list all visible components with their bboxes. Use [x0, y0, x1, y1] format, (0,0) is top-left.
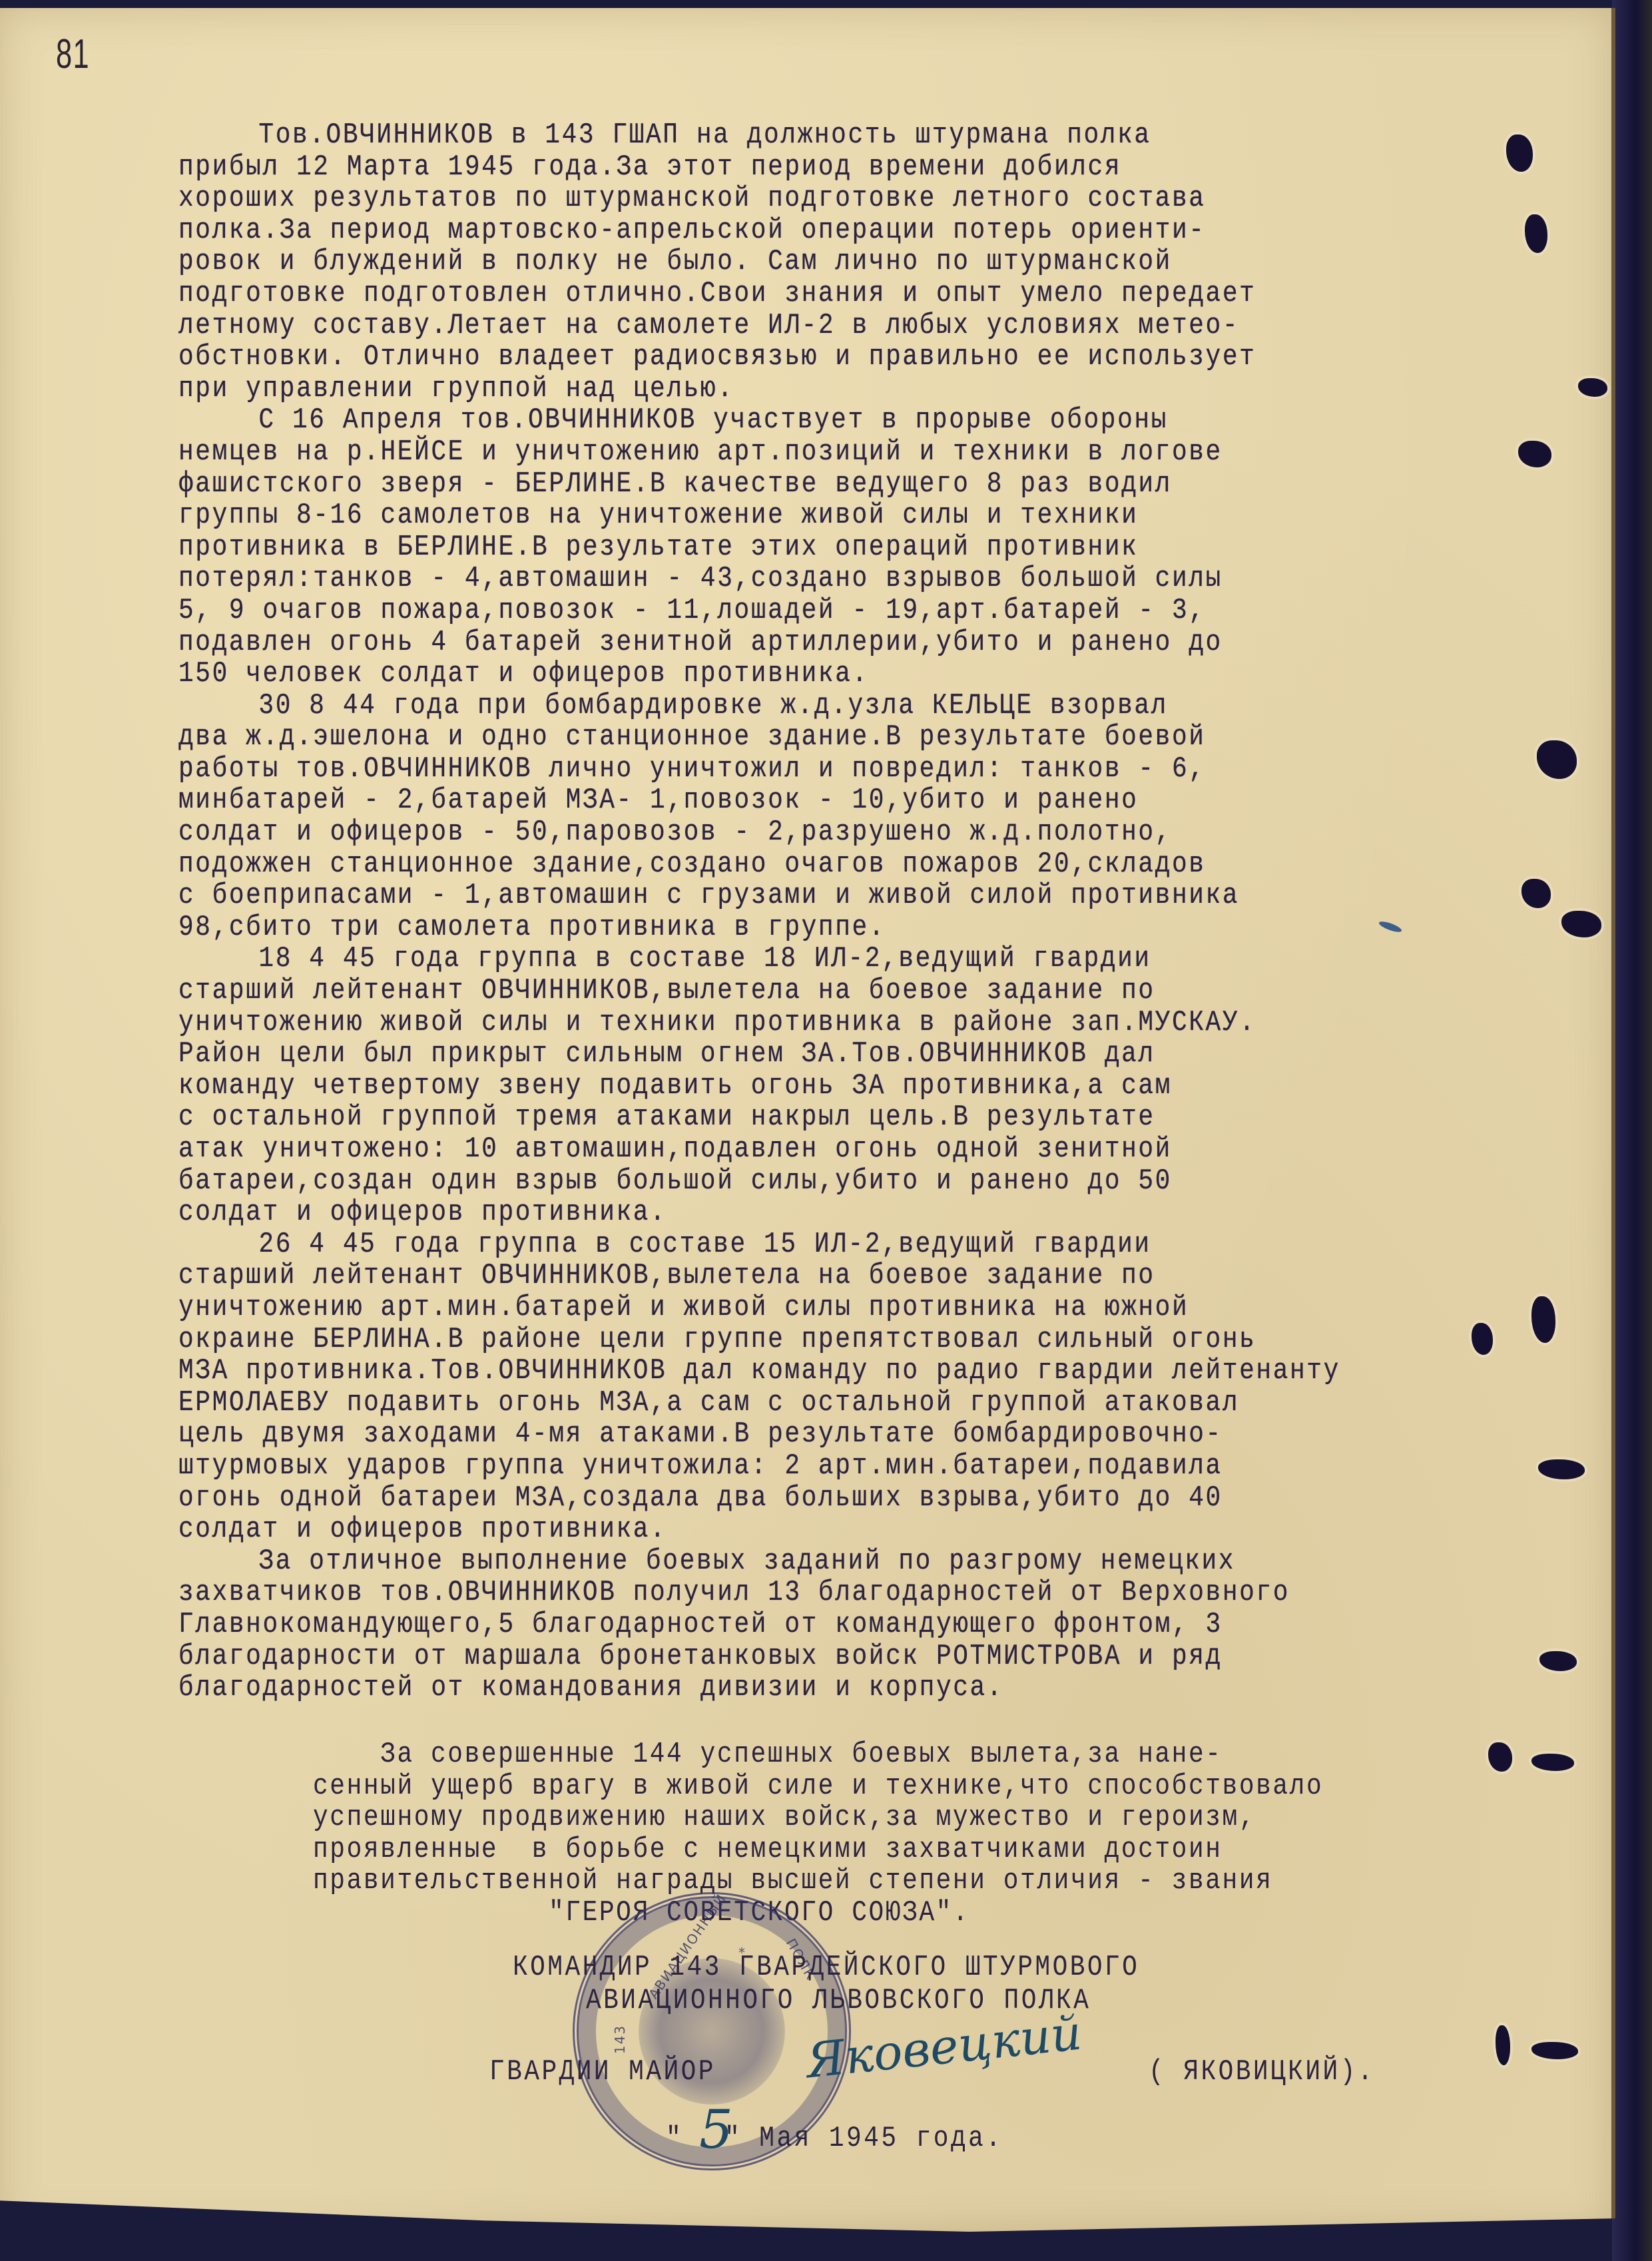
- conclusion-line: За совершенные 144 успешных боевых вылет…: [313, 1739, 1458, 1771]
- citation-line: солдат и офицеров противника.: [178, 1197, 1416, 1229]
- citation-line: уничтожению арт.мин.батарей и живой силы…: [178, 1292, 1416, 1324]
- citation-line: хороших результатов по штурманской подго…: [178, 183, 1416, 215]
- citation-line: минбатарей - 2,батарей МЗА- 1,повозок - …: [178, 785, 1416, 817]
- citation-line: 150 человек солдат и офицеров противника…: [178, 658, 1416, 690]
- citation-line: Главнокомандующего,5 благодарностей от к…: [178, 1609, 1416, 1641]
- citation-line: ЕРМОЛАЕВУ подавить огонь МЗА,а сам с ост…: [178, 1387, 1416, 1419]
- citation-line: 26 4 45 года группа в составе 15 ИЛ-2,ве…: [178, 1229, 1416, 1261]
- citation-line: 5, 9 очагов пожара,повозок - 11,лошадей …: [178, 595, 1416, 627]
- punch-hole: [1472, 1323, 1493, 1355]
- citation-line: ровок и блуждений в полку не было. Сам л…: [178, 246, 1416, 278]
- document-page: 81 Тов.ОВЧИННИКОВ в 143 ГШАП на должност…: [0, 8, 1615, 2232]
- citation-line: потерял:танков - 4,автомашин - 43,создан…: [178, 563, 1416, 595]
- citation-line: работы тов.ОВЧИННИКОВ лично уничтожил и …: [178, 754, 1416, 786]
- conclusion-line: правительственной награды высшей степени…: [313, 1866, 1458, 1897]
- citation-line: с боеприпасами - 1,автомашин с грузами и…: [178, 880, 1416, 912]
- citation-line: 98,сбито три самолета противника в групп…: [178, 912, 1416, 944]
- citation-line: подавлен огонь 4 батарей зенитной артилл…: [178, 627, 1416, 659]
- citation-line: За отличное выполнение боевых заданий по…: [178, 1546, 1416, 1578]
- citation-body: Тов.ОВЧИННИКОВ в 143 ГШАП на должность ш…: [178, 120, 1416, 1704]
- citation-line: Тов.ОВЧИННИКОВ в 143 ГШАП на должность ш…: [178, 120, 1416, 152]
- citation-line: при управлении группой над целью.: [178, 374, 1416, 405]
- citation-line: фашистского зверя - БЕРЛИНЕ.В качестве в…: [178, 469, 1416, 501]
- citation-line: старший лейтенант ОВЧИННИКОВ,вылетела на…: [178, 975, 1416, 1007]
- date-month-year: " Мая 1945 года.: [724, 2122, 1003, 2155]
- stamp-number: 143: [612, 2025, 628, 2054]
- conclusion-line: успешному продвижению наших войск,за муж…: [313, 1802, 1458, 1834]
- citation-line: полка.За период мартовско-апрельской опе…: [178, 215, 1416, 247]
- date-open-quote: ": [666, 2122, 683, 2155]
- punch-hole: [1538, 1459, 1585, 1479]
- citation-line: огонь одной батареи МЗА,создала два боль…: [178, 1483, 1416, 1515]
- commander-name: ( ЯКОВИЦКИЙ).: [1149, 2055, 1375, 2089]
- citation-line: захватчиков тов.ОВЧИННИКОВ получил 13 бл…: [178, 1577, 1416, 1609]
- commander-title-line1: КОМАНДИР 143 ГВАРДЕЙСКОГО ШТУРМОВОГО: [513, 1951, 1139, 1984]
- punch-hole: [1521, 879, 1551, 908]
- citation-line: подожжен станционное здание,создано очаг…: [178, 849, 1416, 881]
- citation-line: старший лейтенант ОВЧИННИКОВ,вылетела на…: [178, 1260, 1416, 1292]
- commander-rank: ГВАРДИИ МАЙОР: [489, 2055, 716, 2089]
- citation-line: благодарности от маршала бронетанковых в…: [178, 1641, 1416, 1673]
- conclusion-line: проявленные в борьбе с немецкими захватч…: [313, 1834, 1458, 1866]
- scanner-background-right: [1612, 0, 1652, 2261]
- punch-hole: [1531, 1296, 1555, 1343]
- citation-line: солдат и офицеров - 50,паровозов - 2,раз…: [178, 817, 1416, 849]
- punch-hole: [1539, 1651, 1577, 1671]
- punch-hole: [1518, 441, 1551, 467]
- citation-line: благодарностей от командования дивизии и…: [178, 1672, 1416, 1704]
- citation-line: прибыл 12 Марта 1945 года.За этот период…: [178, 152, 1416, 184]
- citation-line: 30 8 44 года при бомбардировке ж.д.узла …: [178, 690, 1416, 722]
- punch-hole: [1506, 134, 1533, 172]
- citation-line: 18 4 45 года группа в составе 18 ИЛ-2,ве…: [178, 943, 1416, 975]
- citation-line: летному составу.Летает на самолете ИЛ-2 …: [178, 310, 1416, 342]
- punch-hole: [1531, 1754, 1574, 1771]
- citation-line: штурмовых ударов группа уничтожила: 2 ар…: [178, 1451, 1416, 1483]
- citation-line: цель двумя заходами 4-мя атаками.В резул…: [178, 1419, 1416, 1451]
- citation-line: солдат и офицеров противника.: [178, 1514, 1416, 1546]
- page-number: 81: [56, 31, 90, 78]
- citation-line: МЗА противника.Тов.ОВЧИННИКОВ дал команд…: [178, 1356, 1416, 1387]
- citation-line: немцев на р.НЕЙСЕ и уничтожению арт.пози…: [178, 437, 1416, 469]
- citation-line: атак уничтожено: 10 автомашин,подавлен о…: [178, 1134, 1416, 1166]
- citation-line: окраине БЕРЛИНА.В районе цели группе пре…: [178, 1324, 1416, 1356]
- citation-line: два ж.д.эшелона и одно станционное здани…: [178, 722, 1416, 754]
- citation-line: команду четвертому звену подавить огонь …: [178, 1071, 1416, 1103]
- citation-line: группы 8-16 самолетов на уничтожение жив…: [178, 500, 1416, 532]
- punch-hole: [1488, 1742, 1512, 1772]
- punch-hole: [1496, 2025, 1510, 2065]
- citation-line: противника в БЕРЛИНЕ.В результате этих о…: [178, 532, 1416, 564]
- punch-hole: [1537, 740, 1577, 779]
- citation-line: обстновки. Отлично владеет радиосвязью и…: [178, 342, 1416, 374]
- conclusion-line: "ГЕРОЯ СОВЕТСКОГО СОЮЗА".: [313, 1897, 1458, 1929]
- punch-hole: [1561, 911, 1601, 937]
- citation-line: с остальной группой тремя атаками накрыл…: [178, 1102, 1416, 1134]
- citation-line: уничтожению живой силы и техники противн…: [178, 1007, 1416, 1039]
- punch-hole: [1531, 2042, 1578, 2059]
- citation-line: батареи,создан один взрыв большой силы,у…: [178, 1166, 1416, 1198]
- citation-line: Район цели был прикрыт сильным огнем ЗА.…: [178, 1039, 1416, 1071]
- punch-hole: [1578, 378, 1607, 397]
- award-conclusion: За совершенные 144 успешных боевых вылет…: [313, 1739, 1458, 1929]
- citation-line: С 16 Апреля тов.ОВЧИННИКОВ участвует в п…: [178, 405, 1416, 437]
- conclusion-line: сенный ущерб врагу в живой силе и техник…: [313, 1771, 1458, 1803]
- punch-hole: [1525, 214, 1547, 253]
- citation-line: подготовке подготовлен отлично.Свои знан…: [178, 278, 1416, 310]
